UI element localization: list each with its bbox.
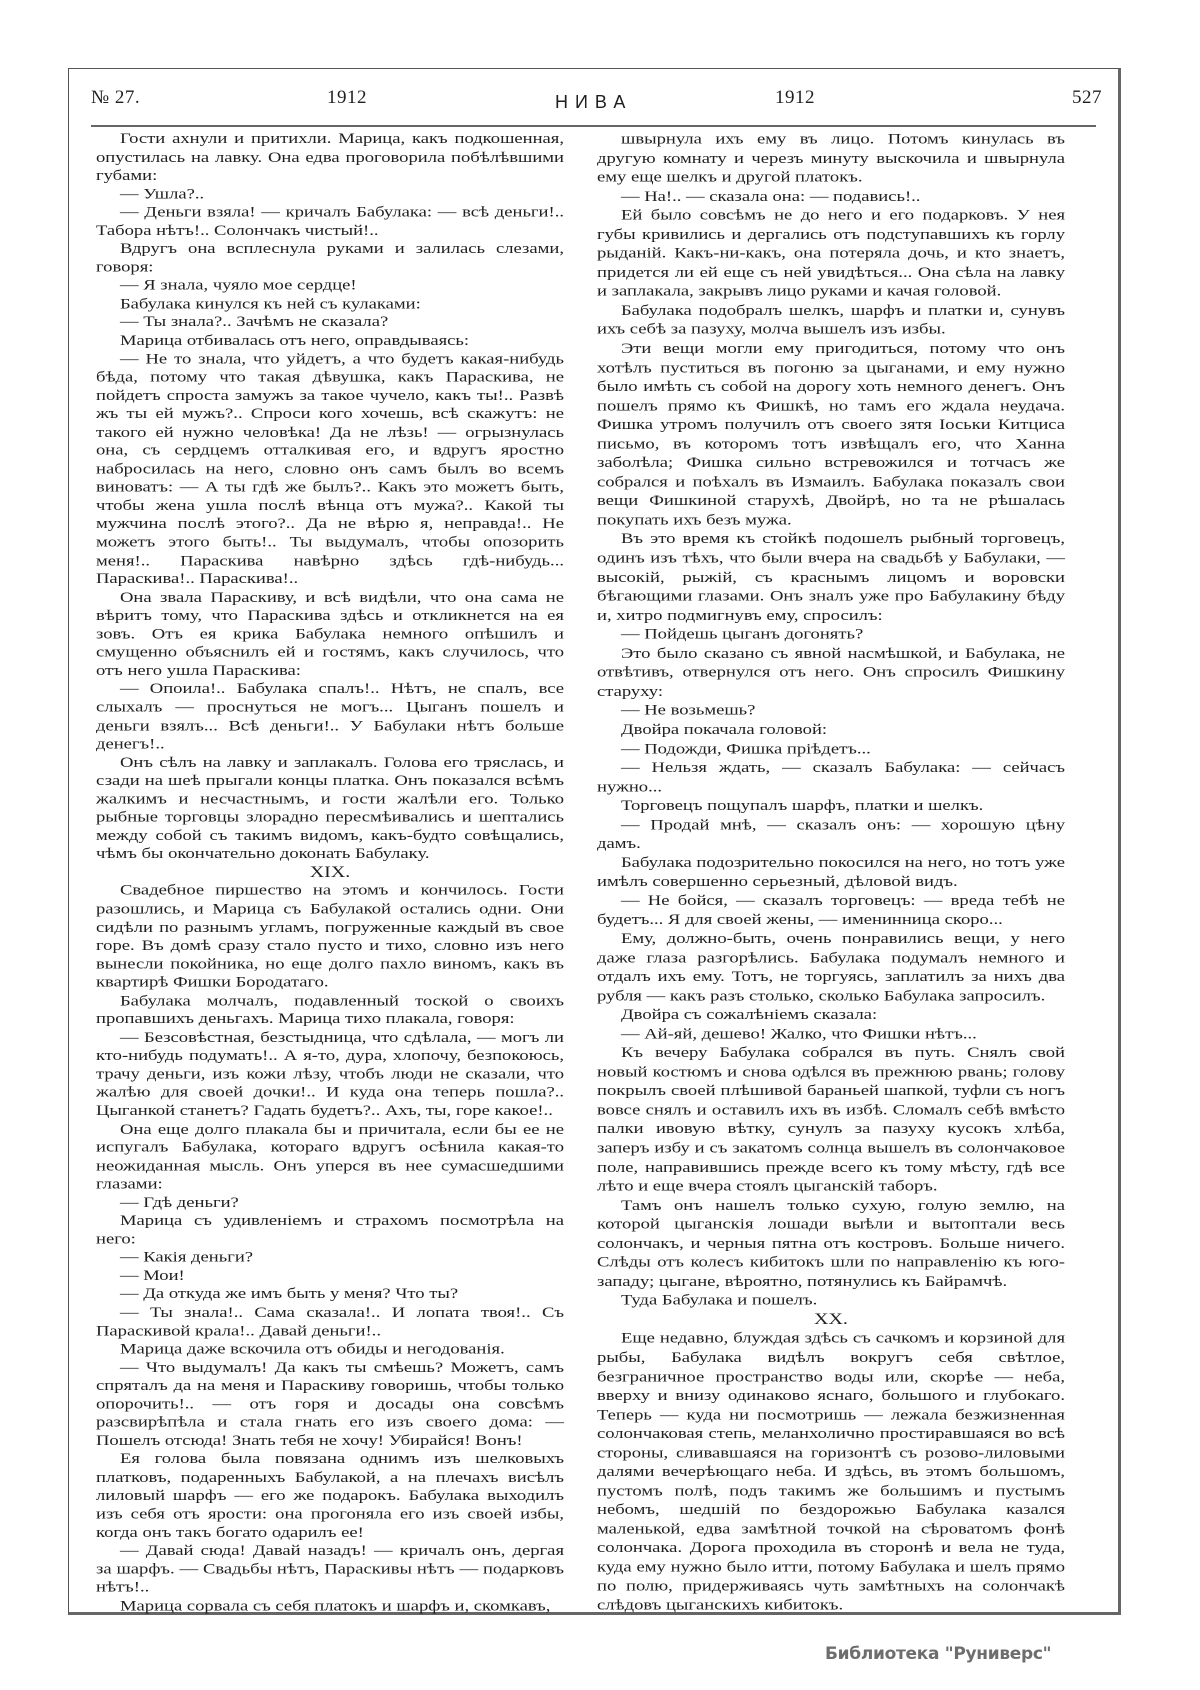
paragraph: Торговецъ пощупалъ шарфъ, платки и шелкъ… [597,796,1065,815]
paragraph: — Что выдумалъ! Да какъ ты смѣешь? Может… [96,1359,564,1451]
paragraph: Туда Бабулака и пошелъ. [597,1291,1065,1310]
year-left: 1912 [327,87,367,109]
chapter-heading-xx: XX. [597,1310,1065,1329]
paragraph: — Ушла?.. [96,185,564,203]
magazine-title: НИВА [555,92,632,113]
paragraph: Марица сорвала съ себя платокъ и шарфъ и… [96,1597,564,1615]
paragraph: — Подожди, Фишка пріѣдетъ... [597,739,1065,758]
paragraph: Свадебное пиршество на этомъ и кончилось… [96,882,564,992]
left-column: Гости ахнули и притихли. Марица, какъ по… [96,130,564,1615]
paragraph: Ей было совсѣмъ не до него и его подарко… [597,206,1065,301]
paragraph: — Не бойся, — сказалъ торговецъ: — вреда… [597,891,1065,929]
chapter-heading-xix: XIX. [96,863,564,881]
paragraph: Гости ахнули и притихли. Марица, какъ по… [96,130,564,185]
paragraph: Ему, должно-быть, очень понравились вещи… [597,929,1065,1005]
paragraph: Бабулака подобралъ шелкъ, шарфъ и платки… [597,301,1065,339]
paragraph: Марица отбивалась отъ него, оправдываясь… [96,332,564,350]
paragraph: Бабулака молчалъ, подавленный тоской о с… [96,992,564,1029]
paragraph: Бабулака подозрительно покосился на него… [597,853,1065,891]
paragraph: — Какія деньги? [96,1249,564,1267]
paragraph: Марица даже вскочила отъ обиды и негодов… [96,1340,564,1358]
paragraph: — Да откуда же имъ быть у меня? Что ты? [96,1285,564,1303]
page-number: 527 [1072,87,1102,109]
paragraph: — Давай сюда! Давай назадъ! — кричалъ он… [96,1542,564,1597]
paragraph: — Не то знала, что уйдетъ, а что будетъ … [96,350,564,588]
paragraph: — Опоила!.. Бабулака спалъ!.. Нѣтъ, не с… [96,680,564,753]
left-paragraphs: Гости ахнули и притихли. Марица, какъ по… [96,130,564,863]
paragraph: Въ это время къ стойкѣ подошелъ рыбный т… [597,530,1065,625]
paragraph: Она звала Параскиву, и всѣ видѣли, что о… [96,588,564,680]
paragraph: — На!.. — сказала она: — подавись!.. [597,187,1065,206]
year-right: 1912 [775,87,815,109]
library-credit: Библиотека "Руниверс" [825,1644,1051,1664]
paragraph: — Ты знала!.. Сама сказала!.. И лопата т… [96,1304,564,1341]
left-paragraphs-after-heading: Свадебное пиршество на этомъ и кончилось… [96,882,564,1615]
paragraph: Марица съ удивленіемъ и страхомъ посмотр… [96,1212,564,1249]
right-paragraphs-after-heading: Еще недавно, блуждая здѣсь съ сачкомъ и … [597,1329,1065,1615]
paragraph: Двойра покачала головой: [597,720,1065,739]
paragraph: Онъ сѣлъ на лавку и заплакалъ. Голова ег… [96,753,564,863]
paragraph: — Ай-яй, дешево! Жалко, что Фишки нѣтъ..… [597,1025,1065,1044]
paragraph: Тамъ онъ нашелъ только сухую, голую земл… [597,1196,1065,1291]
paragraph: — Ты знала?.. Зачѣмъ не сказала? [96,313,564,331]
paragraph: Она еще долго плакала бы и причитала, ес… [96,1120,564,1193]
paragraph: швырнула ихъ ему въ лицо. Потомъ кинулас… [597,130,1065,187]
paragraph: — Пойдешь цыганъ догонять? [597,625,1065,644]
header-divider [91,125,1096,127]
paragraph: — Мои! [96,1267,564,1285]
paragraph: — Безсовѣстная, безстыдница, что сдѣлала… [96,1028,564,1120]
paragraph: Вдругъ она всплеснула руками и залилась … [96,240,564,277]
issue-number: № 27. [91,87,140,109]
paragraph: Еще недавно, блуждая здѣсь съ сачкомъ и … [597,1329,1065,1615]
paragraph: Ея голова была повязана однимъ изъ шелко… [96,1450,564,1542]
right-paragraphs: швырнула ихъ ему въ лицо. Потомъ кинулас… [597,130,1065,1310]
paragraph: Эти вещи могли ему пригодиться, потому ч… [597,339,1065,529]
paragraph: — Деньги взяла! — кричалъ Бабулака: — вс… [96,203,564,240]
paragraph: Бабулака кинулся къ ней съ кулаками: [96,295,564,313]
paragraph: Къ вечеру Бабулака собрался въ путь. Сня… [597,1044,1065,1196]
paragraph: — Нельзя ждать, — сказалъ Бабулака: — се… [597,758,1065,796]
paragraph: — Я знала, чуяло мое сердце! [96,277,564,295]
magazine-page: № 27. 1912 НИВА 1912 527 Гости ахнули и … [68,68,1121,1615]
page-header: № 27. 1912 НИВА 1912 527 [87,77,1102,117]
paragraph: Двойра съ сожалѣніемъ сказала: [597,1006,1065,1025]
paragraph: Это было сказано съ явной насмѣшкой, и Б… [597,644,1065,701]
paragraph: — Не возьмешь? [597,701,1065,720]
right-column: швырнула ихъ ему въ лицо. Потомъ кинулас… [597,130,1065,1615]
paragraph: — Продай мнѣ, — сказалъ онъ: — хорошую ц… [597,815,1065,853]
paragraph: — Гдѣ деньги? [96,1193,564,1211]
